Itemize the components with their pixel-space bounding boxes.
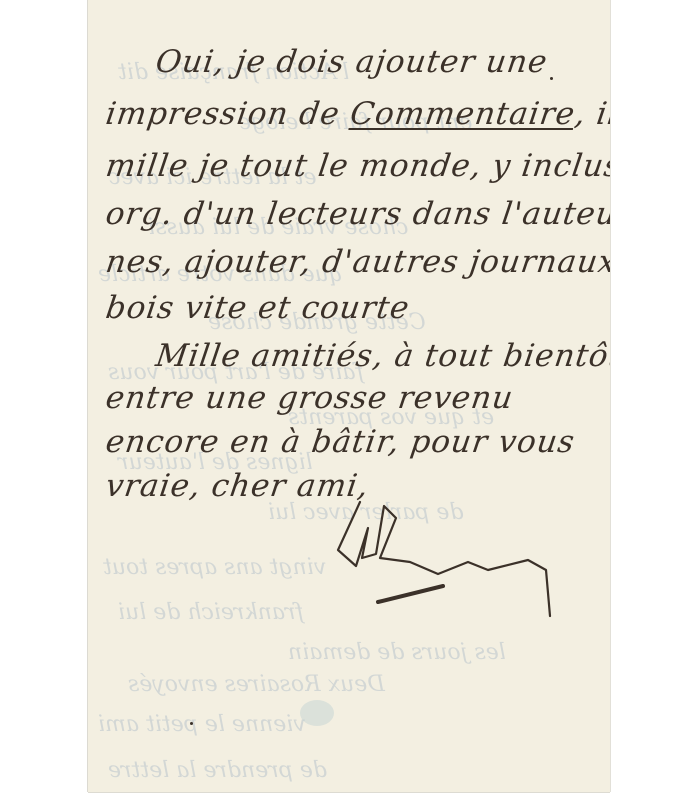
letter-text: , il a: [573, 96, 610, 132]
bleed-line: de prendre la lettre: [108, 758, 327, 783]
letter-line-9: encore en à bâtir, pour vous: [103, 424, 577, 460]
letter-line-3: mille je tout le monde, y inclus les: [103, 148, 610, 184]
bleed-line: Deux Rosaires envoyés: [128, 672, 385, 697]
letter-page: l'Action française dit ent pour faire l'…: [88, 0, 610, 792]
ink-dot: [190, 722, 193, 725]
letter-text: impression de: [103, 96, 353, 132]
letter-line-5: nes, ajouter, d'autres journaux les: [103, 244, 610, 280]
bleed-line: vingt ans apres tout: [103, 555, 326, 580]
ink-dot: [550, 77, 553, 80]
letter-line-8: entre une grosse revenu: [103, 380, 515, 416]
bleed-line: vienne le petit ami: [98, 712, 306, 737]
letter-line-2: impression de Commentaire, il a: [103, 96, 610, 132]
ink-stain: [300, 700, 334, 726]
signature: [318, 488, 578, 618]
bleed-line: les jours de demain: [288, 640, 506, 665]
underlined-word: Commentaire: [348, 96, 578, 132]
letter-line-4: org. d'un lecteurs dans l'auteur, ou à,: [103, 196, 610, 232]
bleed-line: frankreich de lui: [118, 600, 304, 625]
letter-line-7: Mille amitiés, à tout bientôt: [153, 338, 610, 374]
letter-line-6: bois vite et courte: [103, 290, 412, 326]
letter-line-1: Oui, je dois ajouter une: [153, 44, 550, 80]
